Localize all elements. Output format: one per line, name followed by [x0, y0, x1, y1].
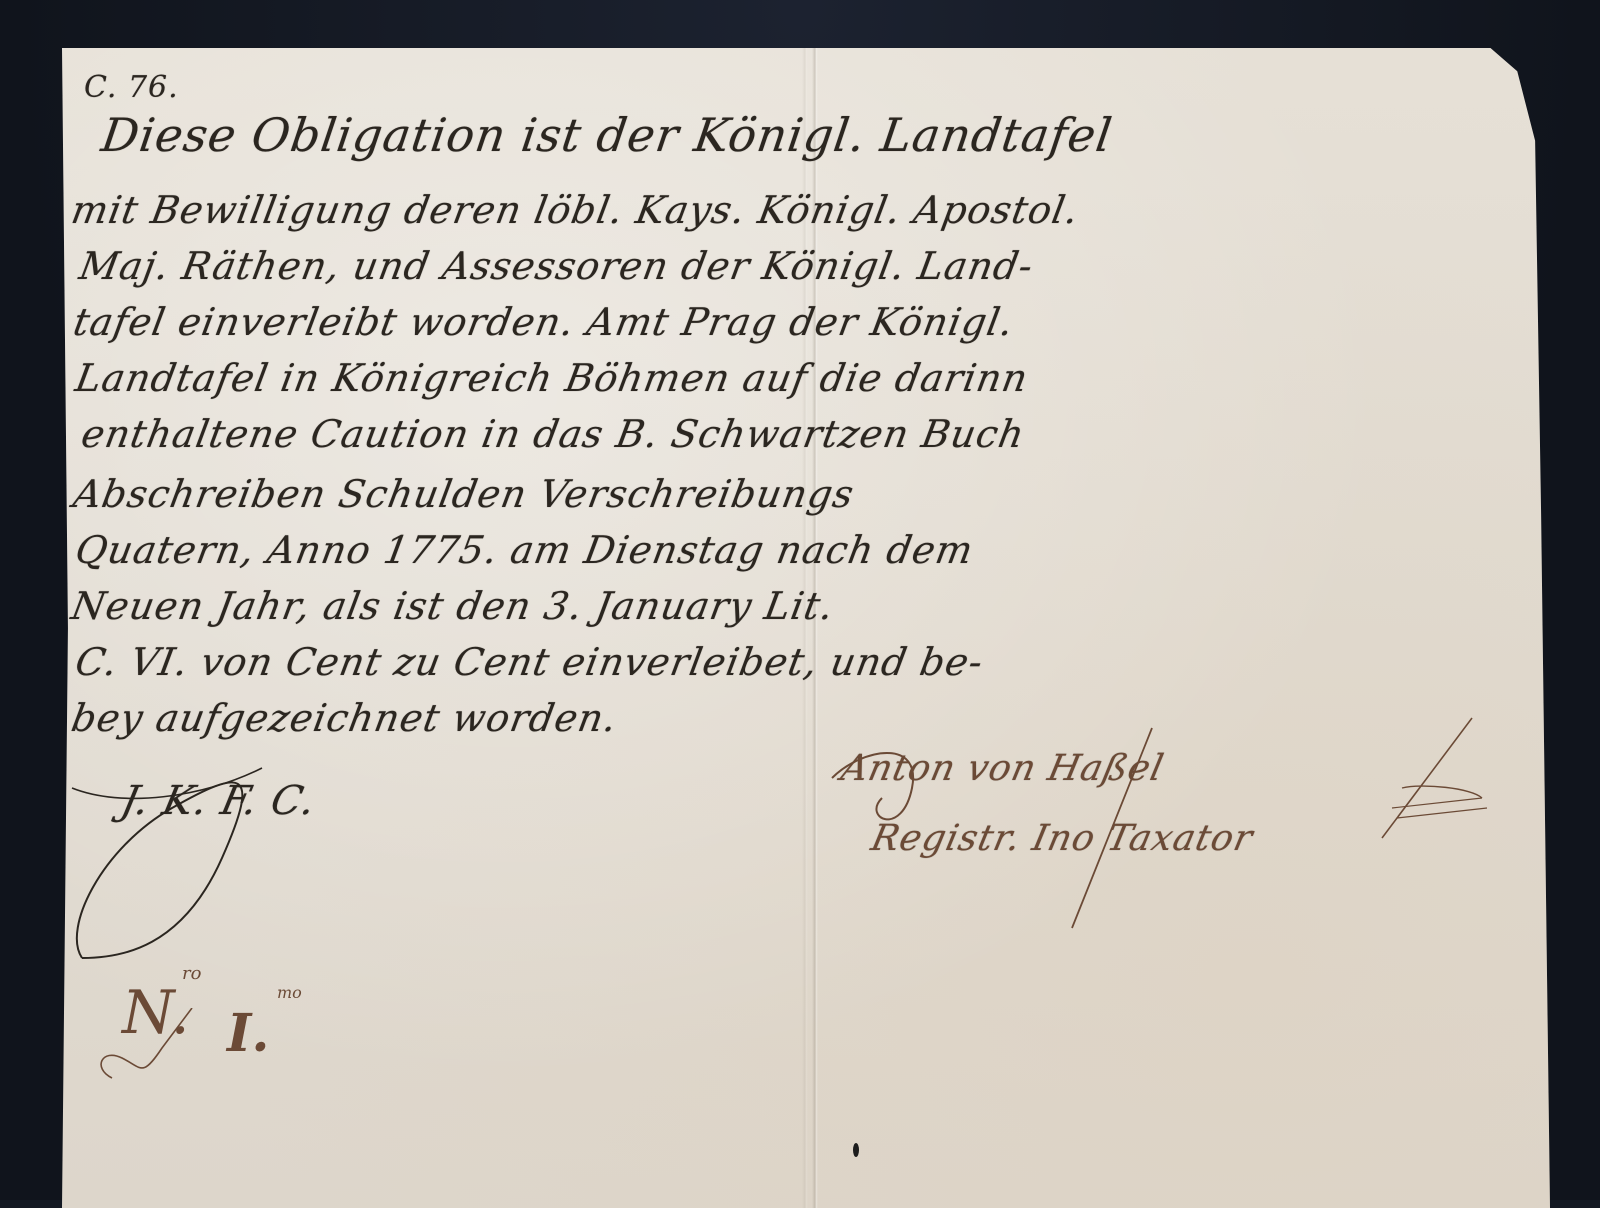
- signature-title: Registr. Ino Taxator: [868, 818, 1257, 859]
- ink-blot: [853, 1143, 859, 1157]
- document-line-7: Abschreiben Schulden Verschreibungs: [70, 472, 858, 516]
- document-line-11: bey aufgezeichnet worden.: [68, 696, 621, 740]
- document-line-10: C. VI. von Cent zu Cent einverleibet, un…: [72, 640, 987, 684]
- document-line-9: Neuen Jahr, als ist den 3. January Lit.: [68, 584, 838, 628]
- folio-number: I.: [227, 1003, 269, 1064]
- monogram-flourish-icon: [62, 728, 362, 968]
- folio-superscript-top: ro: [182, 963, 201, 984]
- document-paper: C. 76. Diese Obligation ist der Königl. …: [62, 48, 1550, 1200]
- document-line-3: Maj. Räthen, und Assessoren der Königl. …: [76, 244, 1037, 288]
- document-line-1: Diese Obligation ist der Königl. Landtaf…: [98, 108, 1116, 162]
- document-line-8: Quatern, Anno 1775. am Dienstag nach dem: [72, 528, 977, 572]
- document-line-6: enthaltene Caution in das B. Schwartzen …: [78, 412, 1028, 456]
- folio-prefix: N.: [122, 978, 190, 1048]
- corner-reference-mark: C. 76.: [84, 70, 179, 105]
- document-line-4: tafel einverleibt worden. Amt Prag der K…: [70, 300, 1017, 344]
- initials-monogram: J. K. F. C.: [117, 778, 320, 824]
- document-line-2: mit Bewilligung deren löbl. Kays. Königl…: [68, 188, 1082, 232]
- signature-name: Anton von Haßel: [838, 748, 1168, 789]
- document-line-5: Landtafel in Königreich Böhmen auf die d…: [72, 356, 1032, 400]
- folio-superscript-bottom: mo: [277, 983, 302, 1002]
